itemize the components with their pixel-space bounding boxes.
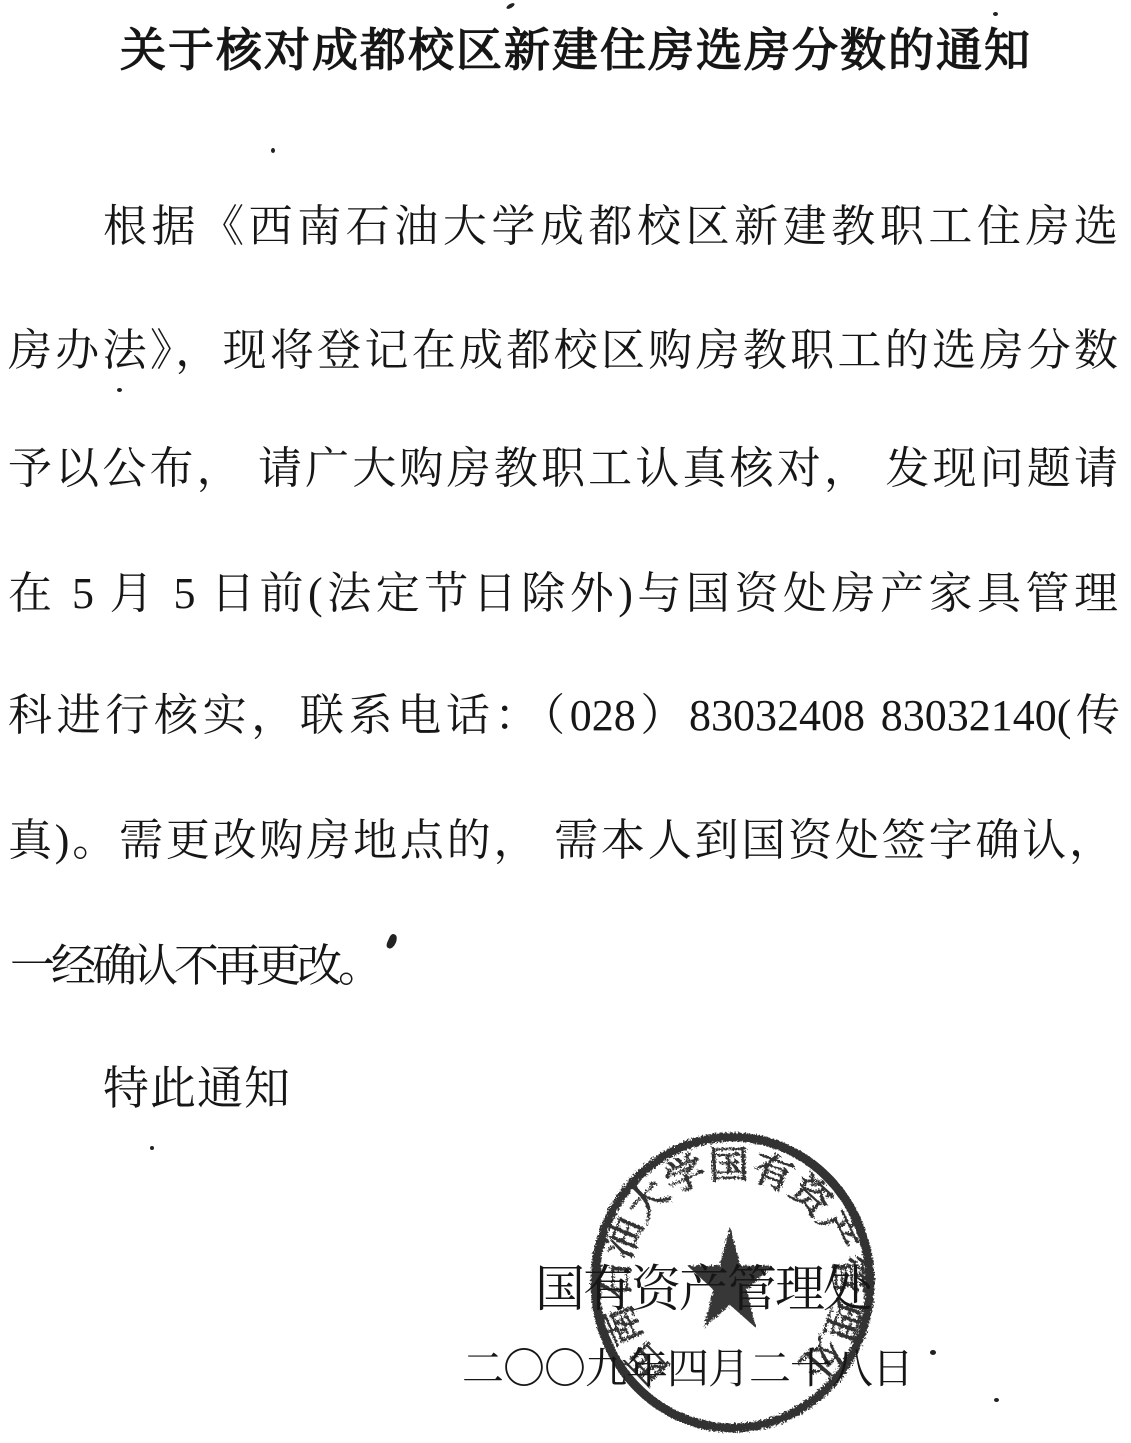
scan-speck	[385, 933, 398, 950]
signature-date: 二〇〇九年四月二十八日	[462, 1336, 913, 1396]
body-line-5: 科进行核实，联系电话：（028）83032408 83032140(传	[8, 690, 1120, 742]
body-line-7: 一经确认不再更改。	[10, 940, 379, 992]
body-line-3: 予以公布， 请广大购房教职工认真核对， 发现问题请	[8, 443, 1118, 495]
scan-speck	[994, 1398, 999, 1402]
scan-speck	[506, 2, 516, 10]
body-line-6: 真)。需更改购房地点的， 需本人到国资处签字确认，	[8, 815, 1113, 867]
scan-speck	[930, 1350, 936, 1355]
signature-department: 国有资产管理处	[535, 1249, 871, 1321]
notice-title: 关于核对成都校区新建住房选房分数的通知	[120, 14, 1032, 80]
body-line-2: 房办法》，现将登记在成都校区购房教职工的选房分数	[8, 325, 1118, 377]
body-line-1: 根据《西南石油大学成都校区新建教职工住房选	[103, 201, 1118, 253]
scanned-notice-page: 关于核对成都校区新建住房选房分数的通知 根据《西南石油大学成都校区新建教职工住房…	[0, 0, 1131, 1443]
scan-speck	[271, 148, 275, 153]
scan-speck	[117, 388, 122, 392]
body-line-4: 在 5 月 5 日前(法定节日除外)与国资处房产家具管理	[8, 568, 1118, 620]
scan-speck	[150, 1146, 154, 1150]
scan-speck	[993, 12, 998, 16]
closing-phrase: 特此通知	[103, 1063, 291, 1115]
